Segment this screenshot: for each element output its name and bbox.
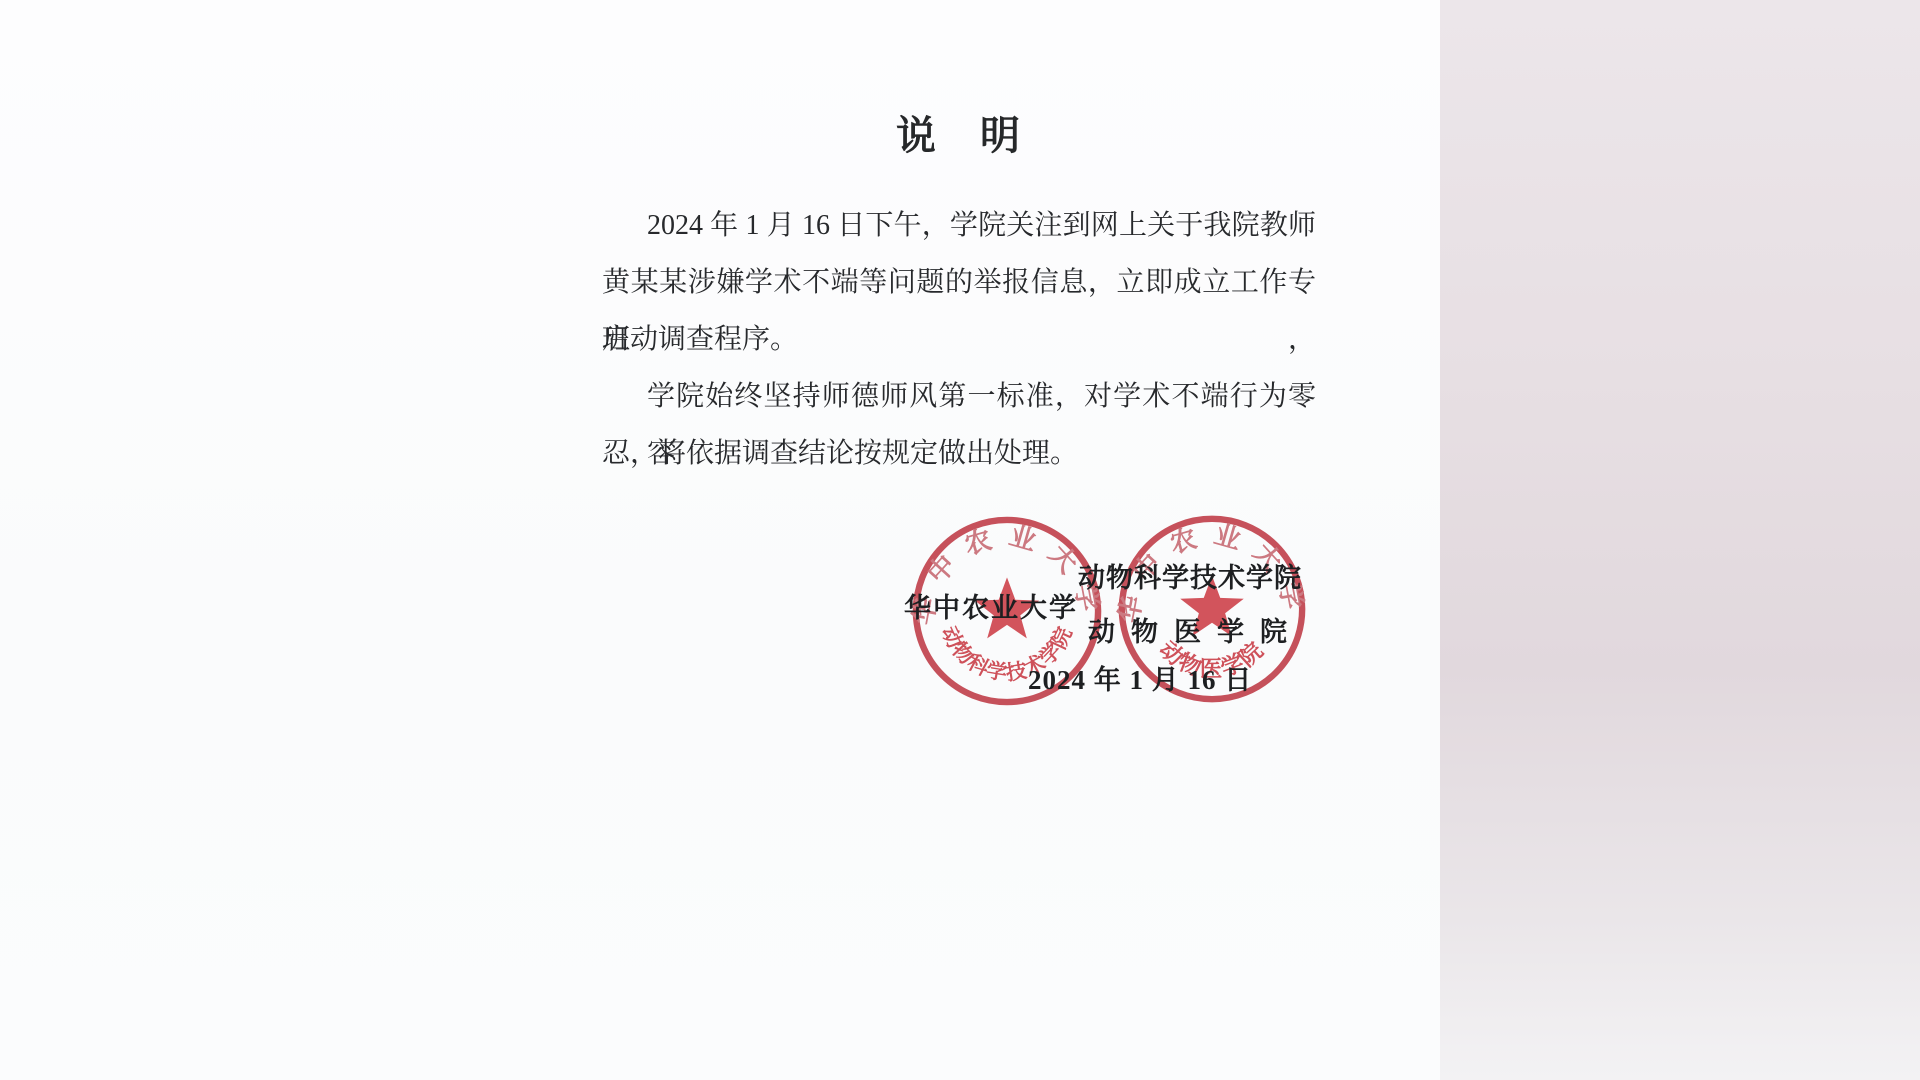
document-title: 说 明: [602, 104, 1316, 161]
signature-college-line1: 动物科学技术学院: [1078, 563, 1302, 593]
document-body: 2024 年 1 月 16 日下午，学院关注到网上关于我院教师 黄某某涉嫌学术不…: [602, 197, 1316, 482]
screenshot-root: { "page": { "title": "说 明", "body": { "l…: [0, 0, 1920, 1080]
signature-college-line2: 动物医学院: [1088, 617, 1303, 647]
body-line: 2024 年 1 月 16 日下午，学院关注到网上关于我院教师: [602, 197, 1316, 254]
signature-date: 2024 年 1 月 16 日: [1028, 665, 1252, 695]
body-line: 黄某某涉嫌学术不端等问题的举报信息，立即成立工作专班，: [602, 254, 1316, 311]
background-pink-band: [1440, 0, 1920, 1080]
signature-university-name: 华中农业大学: [904, 593, 1078, 623]
document-page: 说 明 2024 年 1 月 16 日下午，学院关注到网上关于我院教师 黄某某涉…: [0, 0, 1440, 1080]
body-line: 忍，将依据调查结论按规定做出处理。: [602, 425, 1316, 482]
body-line: 学院始终坚持师德师风第一标准，对学术不端行为零容: [602, 368, 1316, 425]
